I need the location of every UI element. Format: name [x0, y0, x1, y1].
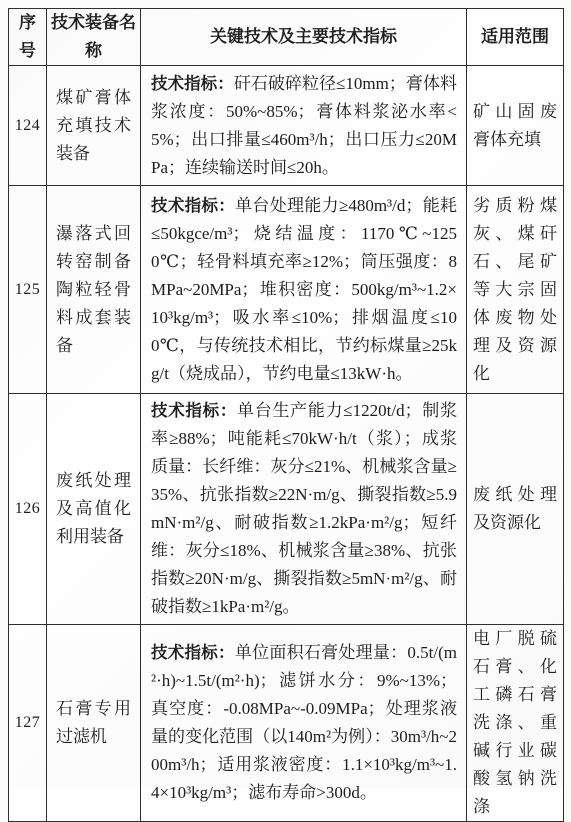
indicator-text: 单台处理能力≥480m³/d；能耗≤50kgce/m³；烧结温度：1170℃~1… [151, 196, 457, 383]
equipment-name: 废纸处理及高值化利用装备 [47, 394, 141, 625]
header-scope: 适用范围 [467, 9, 564, 66]
indicator-label: 技术指标： [151, 197, 235, 215]
row-number: 125 [9, 186, 47, 394]
row-number: 127 [9, 625, 47, 822]
equipment-name: 煤矿膏体充填技术装备 [47, 66, 141, 186]
table-row: 125 瀑落式回转窑制备陶粒轻骨料成套装备 技术指标：单台处理能力≥480m³/… [9, 186, 564, 394]
table-header-row: 序号 技术装备名称 关键技术及主要技术指标 适用范围 [9, 9, 564, 66]
scope-cell: 劣质粉煤灰、煤矸石、尾矿等大宗固体废物处理及资源化 [467, 186, 564, 394]
header-name: 技术装备名称 [47, 9, 141, 66]
row-number: 124 [9, 66, 47, 186]
equipment-name: 瀑落式回转窑制备陶粒轻骨料成套装备 [47, 186, 141, 394]
indicator-cell: 技术指标：单台处理能力≥480m³/d；能耗≤50kgce/m³；烧结温度：11… [141, 186, 467, 394]
scope-cell: 废纸处理及资源化 [467, 394, 564, 625]
indicator-text: 单台生产能力≤1220t/d；制浆率≥88%；吨能耗≤70kW·h/t（浆）；成… [151, 401, 457, 616]
equipment-name: 石膏专用过滤机 [47, 625, 141, 822]
indicator-cell: 技术指标：单位面积石膏处理量：0.5t/(m²·h)~1.5t/(m²·h)；滤… [141, 625, 467, 822]
document-page: 序号 技术装备名称 关键技术及主要技术指标 适用范围 124 煤矿膏体充填技术装… [8, 8, 563, 788]
indicator-label: 技术指标： [151, 402, 237, 420]
indicator-cell: 技术指标：单台生产能力≤1220t/d；制浆率≥88%；吨能耗≤70kW·h/t… [141, 394, 467, 625]
table-row: 127 石膏专用过滤机 技术指标：单位面积石膏处理量：0.5t/(m²·h)~1… [9, 625, 564, 822]
equipment-spec-table: 序号 技术装备名称 关键技术及主要技术指标 适用范围 124 煤矿膏体充填技术装… [8, 8, 564, 822]
indicator-text: 单位面积石膏处理量：0.5t/(m²·h)~1.5t/(m²·h)；滤饼水分：9… [151, 643, 457, 802]
table-row: 126 废纸处理及高值化利用装备 技术指标：单台生产能力≤1220t/d；制浆率… [9, 394, 564, 625]
indicator-label: 技术指标： [151, 75, 234, 93]
indicator-label: 技术指标： [151, 644, 235, 662]
row-number: 126 [9, 394, 47, 625]
scope-cell: 电厂脱硫石膏、化工磷石膏洗涤、重碱行业碳酸氢钠洗涤 [467, 625, 564, 822]
header-indicator: 关键技术及主要技术指标 [141, 9, 467, 66]
indicator-cell: 技术指标：矸石破碎粒径≤10mm；膏体料浆浓度：50%~85%；膏体料浆泌水率<… [141, 66, 467, 186]
header-no: 序号 [9, 9, 47, 66]
scope-cell: 矿山固废膏体充填 [467, 66, 564, 186]
table-row: 124 煤矿膏体充填技术装备 技术指标：矸石破碎粒径≤10mm；膏体料浆浓度：5… [9, 66, 564, 186]
